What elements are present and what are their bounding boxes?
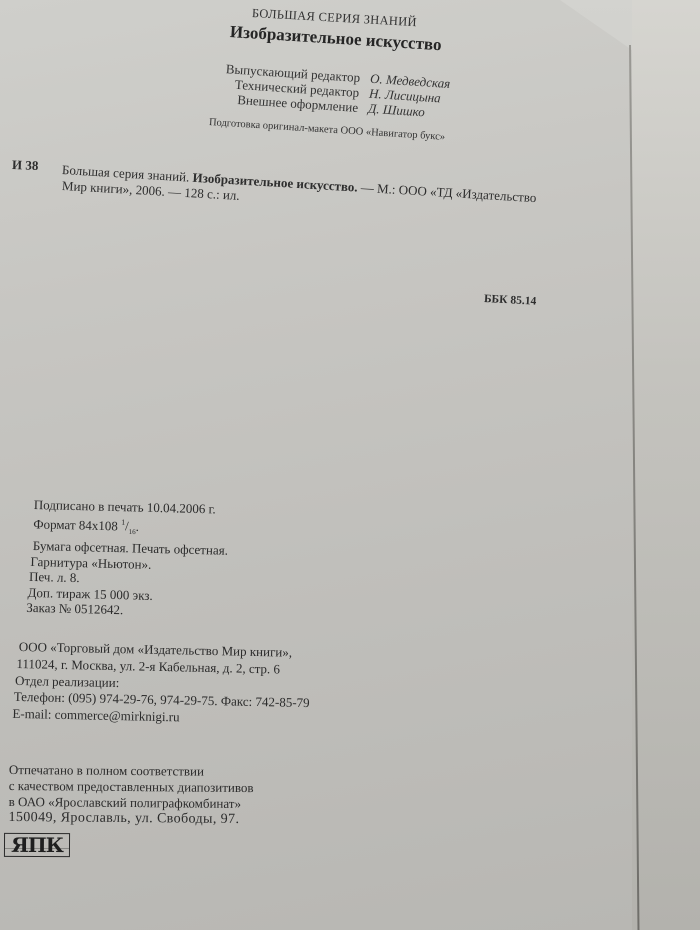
printer-info: Отпечатано в полном соответствии с качес… [8,762,253,828]
printer-address: 150049, Ярославль, ул. Свободы, 97. [8,810,253,828]
facing-page-edge [632,0,700,930]
publisher-info: ООО «Торговый дом «Издательство Мир книг… [17,639,315,729]
print-details: Подписано в печать 10.04.2006 г. Формат … [31,497,229,621]
catalog-code: И 38 [12,157,39,174]
format-label: Формат 84x108 [33,516,121,533]
printer-logo-icon: ЯПК [4,833,70,857]
format-end: . [136,518,140,533]
format-fraction: 1/16 [121,518,136,533]
format-numerator: 1 [121,518,125,527]
